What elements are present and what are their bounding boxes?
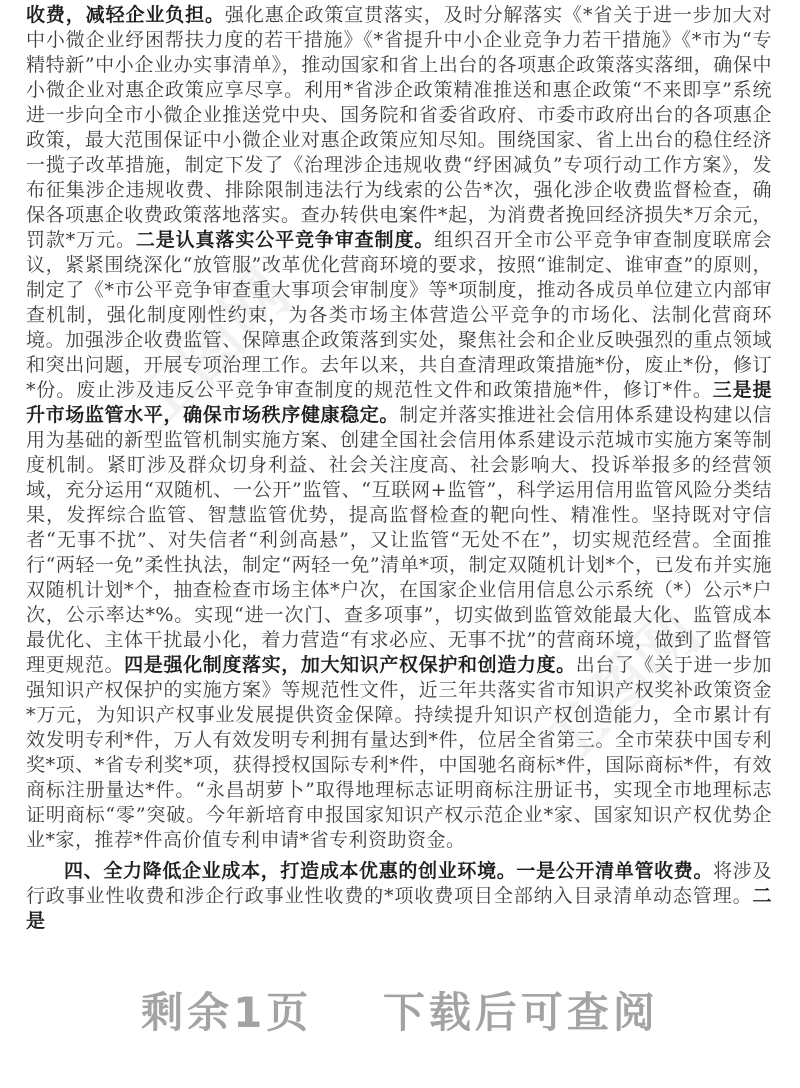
- page-footer-notice: 剩余1页 下载后可查阅: [0, 980, 800, 1040]
- bold-text-run: 四是强化制度落实，加大知识产权保护和创造力度。: [124, 654, 576, 676]
- download-hint-label: 下载后可查阅: [383, 980, 659, 1040]
- text-run: 强化惠企政策宣贯落实，及时分解落实《*省关于进一步加大对中小微企业纾困帮扶力度的…: [26, 4, 772, 251]
- text-run: 制定并落实推进社会信用体系建设构建以信用为基础的新型监管机制实施方案、创建全国社…: [26, 404, 772, 676]
- bold-text-run: 四、全力降低企业成本，打造成本优惠的创业环境。一是公开清单管收费。: [64, 860, 713, 882]
- text-run: 出台了《关于进一步加强知识产权保护的实施方案》等规范性文件，近三年共落实省市知识…: [26, 654, 772, 851]
- bold-text-run: 二是认真落实公平竞争审查制度。: [136, 229, 434, 251]
- bold-text-run: 收费，减轻企业负担。: [26, 4, 225, 26]
- document-paragraph: 收费，减轻企业负担。强化惠企政策宣贯落实，及时分解落实《*省关于进一步加大对中小…: [26, 3, 772, 853]
- document-body: 收费，减轻企业负担。强化惠企政策宣贯落实，及时分解落实《*省关于进一步加大对中小…: [26, 3, 772, 934]
- text-run: 组织召开全市公平竞争审查制度联席会议，紧紧围绕深化“放管服”改革优化营商环境的要…: [26, 229, 772, 401]
- remaining-pages-label: 剩余1页: [141, 980, 312, 1040]
- document-paragraph: 四、全力降低企业成本，打造成本优惠的创业环境。一是公开清单管收费。将涉及行政事业…: [26, 859, 772, 934]
